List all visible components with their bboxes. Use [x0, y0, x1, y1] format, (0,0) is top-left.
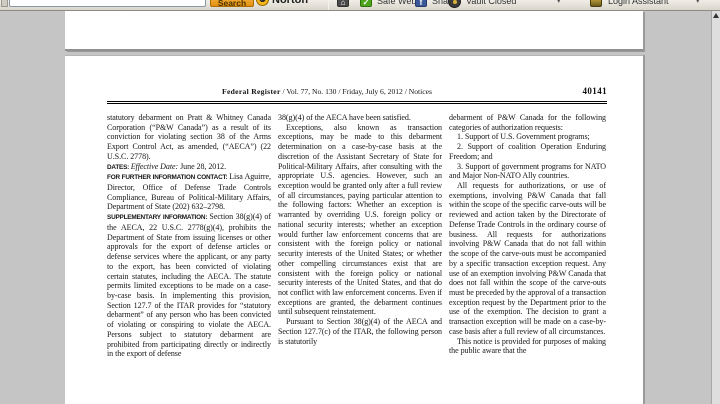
safeweb-shield-icon[interactable]: ✓ [360, 0, 372, 7]
paragraph: FOR FURTHER INFORMATION CONTACT: Lisa Ag… [107, 172, 271, 212]
norton-brand-label: Norton [272, 0, 308, 6]
text-column-3: debarment of P&W Canada for the followin… [449, 113, 606, 404]
safeweb-label[interactable]: Safe Web [377, 0, 416, 6]
paragraph: All requests for authorizations, or use … [449, 181, 606, 337]
pdf-viewport: Federal Register / Vol. 77, No. 130 / Fr… [0, 11, 720, 404]
search-input[interactable] [9, 0, 206, 7]
scroll-up-arrow-icon[interactable] [713, 13, 719, 18]
header-double-rule [107, 101, 607, 104]
norton-logo-icon [256, 0, 269, 6]
paragraph: 2. Support of coalition Operation Enduri… [449, 142, 606, 161]
vault-icon[interactable] [448, 0, 461, 8]
text-column-2: 38(g)(4) of the AECA have been satisfied… [278, 113, 442, 404]
paragraph: 1. Support of U.S. Government programs; [449, 132, 606, 142]
chevron-down-icon[interactable]: ▾ [696, 0, 700, 5]
browser-window: Search Norton ⌂ ✓ Safe Web f Share Vault… [0, 0, 720, 404]
paragraph: debarment of P&W Canada for the followin… [449, 113, 606, 132]
home-icon[interactable]: ⌂ [337, 0, 349, 7]
previous-page-bottom [65, 11, 643, 51]
search-button[interactable]: Search [210, 0, 254, 7]
page-number: 40141 [583, 86, 608, 96]
login-assistant-label[interactable]: Login Assistant [608, 0, 669, 6]
paragraph: SUPPLEMENTARY INFORMATION: Section 38(g)… [107, 212, 271, 359]
text-column-1: statutory debarment on Pratt & Whitney C… [107, 113, 271, 404]
paragraph: 3. Support of government programs for NA… [449, 162, 606, 181]
paragraph: Exceptions, also known as transaction ex… [278, 123, 442, 317]
journal-citation: / Vol. 77, No. 130 / Friday, July 6, 201… [281, 87, 432, 96]
paragraph: This notice is provided for purposes of … [449, 337, 606, 356]
paragraph: statutory debarment on Pratt & Whitney C… [107, 113, 271, 162]
toolbar-separator [328, 0, 329, 11]
norton-toolbar: Search Norton ⌂ ✓ Safe Web f Share Vault… [0, 0, 720, 11]
page-header: Federal Register / Vol. 77, No. 130 / Fr… [107, 87, 607, 99]
paragraph: 38(g)(4) of the AECA have been satisfied… [278, 113, 442, 123]
paragraph: DATES: Effective Date: June 28, 2012. [107, 162, 271, 173]
scrollbar[interactable] [711, 11, 720, 404]
running-head: Federal Register / Vol. 77, No. 130 / Fr… [107, 87, 547, 96]
vault-label[interactable]: Vault Closed [466, 0, 516, 6]
id-card-icon[interactable] [590, 0, 602, 7]
chevron-down-icon[interactable]: ▾ [557, 0, 561, 5]
document-page: Federal Register / Vol. 77, No. 130 / Fr… [65, 55, 643, 404]
journal-title: Federal Register [222, 87, 281, 96]
facebook-icon[interactable]: f [415, 0, 427, 7]
browser-icon [1, 0, 8, 7]
paragraph: Pursuant to Section 38(g)(4) of the AECA… [278, 317, 442, 346]
